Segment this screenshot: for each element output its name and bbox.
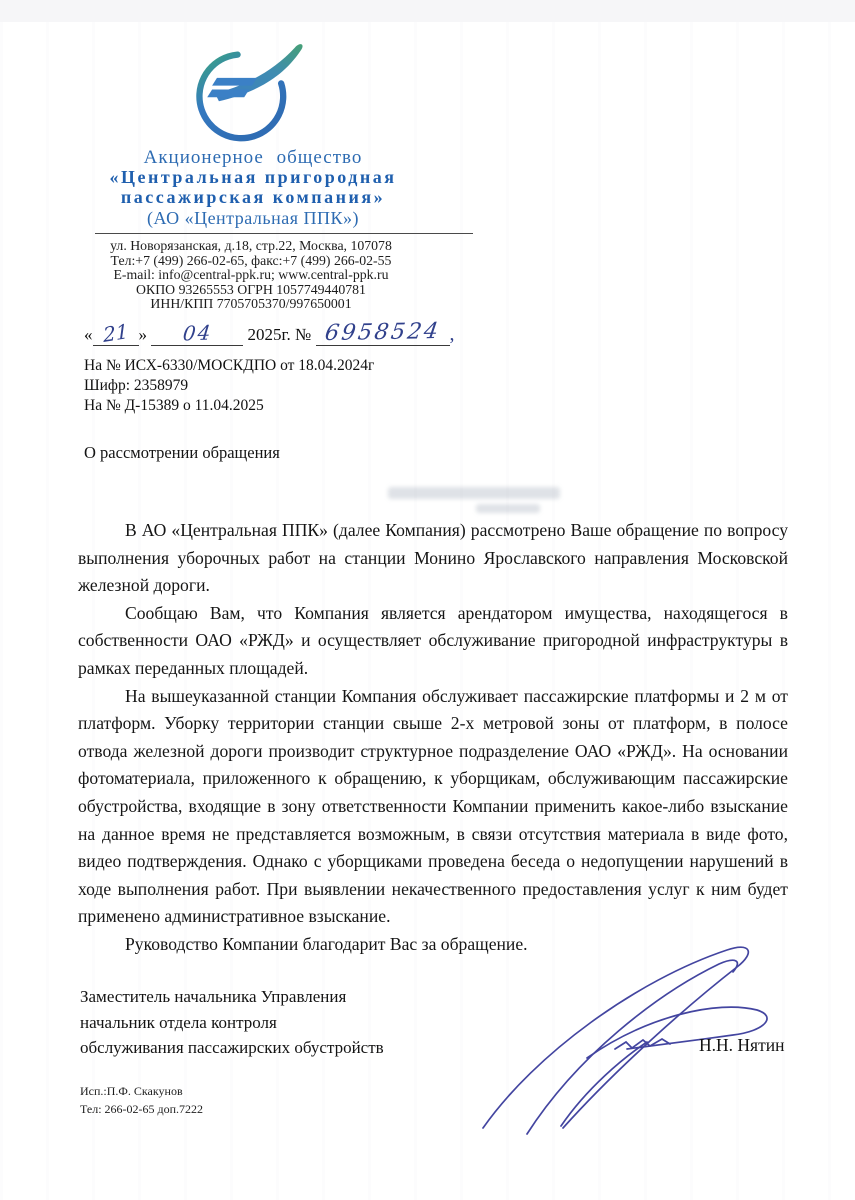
letter-body: В АО «Центральная ППК» (далее Компания) … (78, 517, 788, 959)
handwritten-comma: , (450, 323, 455, 345)
erased-text-smudge (388, 487, 560, 499)
year-number-label: 2025г. № (248, 325, 312, 344)
body-paragraph: На вышеуказанной станции Компания обслуж… (78, 683, 788, 931)
org-name-line1: «Центральная пригородная (38, 168, 468, 188)
contact-address: ул. Новорязанская, д.18, стр.22, Москва,… (40, 239, 462, 254)
handwritten-month: 04 (181, 320, 213, 345)
subject-line: О рассмотрении обращения (84, 443, 280, 463)
contact-email-site: E-mail: info@central-ppk.ru; www.central… (40, 268, 462, 283)
org-name-line2: пассажирская компания» (38, 188, 468, 208)
reference-block: На № ИСХ-6330/МОСКДПО от 18.04.2024г Шиф… (84, 356, 374, 415)
contact-block: ул. Новорязанская, д.18, стр.22, Москва,… (40, 239, 462, 312)
letterhead: Акционерное общество «Центральная пригор… (38, 28, 468, 228)
letter-page: Акционерное общество «Центральная пригор… (0, 0, 855, 1200)
body-paragraph: В АО «Центральная ППК» (далее Компания) … (78, 517, 788, 600)
executor-block: Исп.:П.Ф. Скакунов Тел: 266-02-65 доп.72… (80, 1082, 203, 1118)
reference-line: На № ИСХ-6330/МОСКДПО от 18.04.2024г (84, 356, 374, 376)
handwritten-outgoing-number: 6958524 (323, 319, 442, 346)
signer-position-line: начальник отдела контроля (80, 1010, 384, 1036)
contact-inn-kpp: ИНН/КПП 7705705370/997650001 (40, 297, 462, 312)
open-quote: « (84, 325, 93, 344)
date-number-line: «21» 04 2025г. № 6958524, (84, 320, 455, 346)
erased-text-smudge (476, 504, 540, 513)
contact-okpo-ogrn: ОКПО 93265553 ОГРН 1057749440781 (40, 283, 462, 298)
reference-line: На № Д-15389 о 11.04.2025 (84, 396, 374, 416)
scan-top-strip (0, 0, 855, 22)
body-paragraph: Сообщаю Вам, что Компания является аренд… (78, 600, 788, 683)
executor-phone: Тел: 266-02-65 доп.7222 (80, 1100, 203, 1118)
signer-position: Заместитель начальника Управления началь… (80, 984, 384, 1061)
org-short-name: (АО «Центральная ППК») (38, 208, 468, 228)
org-type: Акционерное общество (38, 148, 468, 168)
central-ppk-logo-icon (188, 34, 318, 146)
executor-name: Исп.:П.Ф. Скакунов (80, 1082, 203, 1100)
close-quote: » (139, 325, 148, 344)
signer-name: Н.Н. Нятин (699, 1035, 784, 1056)
contact-phone-fax: Тел:+7 (499) 266-02-65, факс:+7 (499) 26… (40, 254, 462, 269)
letterhead-divider (95, 233, 473, 234)
handwritten-day: 21 (102, 319, 128, 347)
signer-position-line: Заместитель начальника Управления (80, 984, 384, 1010)
reference-line: Шифр: 2358979 (84, 376, 374, 396)
signer-position-line: обслуживания пассажирских обустройств (80, 1035, 384, 1061)
